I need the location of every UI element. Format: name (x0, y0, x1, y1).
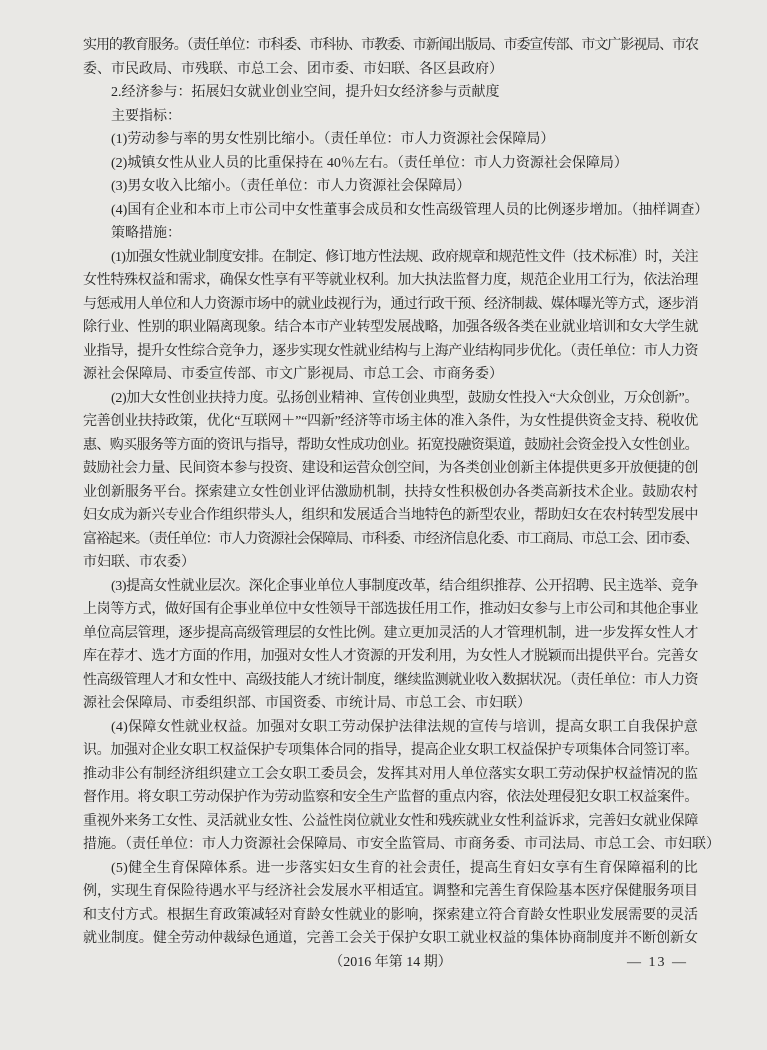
text-line: 妇女成为新兴专业合作组织带头人，组织和发展适合当地特色的新型农业，帮助妇女在农村… (83, 504, 698, 528)
text-line: 推动非公有制经济组织建立工会女职工委员会，发挥其对用人单位落实女职工劳动保护权益… (83, 763, 698, 787)
text-line: 上岗等方式，做好国有企事业单位中女性领导干部选拔任用工作，推动妇女参与上市公司和… (83, 598, 698, 622)
text-line: 识。加强对企业女职工权益保护专项集体合同的指导，提高企业女职工权益保护专项集体合… (83, 739, 698, 763)
text-line: 与惩戒用人单位和人力资源市场中的就业歧视行为，通过行政干预、经济制裁、媒体曝光等… (83, 293, 698, 317)
text-line: (5)健全生育保障体系。进一步落实妇女生育的社会责任，提高生育妇女享有生育保障福… (83, 857, 698, 881)
text-line: 完善创业扶持政策，优化“互联网＋”“四新”经济等市场主体的准入条件，为女性提供资… (83, 410, 698, 434)
text-line: 例，实现生育保险待遇水平与经济社会发展水平相适宜。调整和完善生育保险基本医疗保健… (83, 880, 698, 904)
text-line: 策略措施： (83, 222, 698, 246)
document-page: 实用的教育服务。（责任单位：市科委、市科协、市教委、市新闻出版局、市委宣传部、市… (0, 0, 767, 1050)
text-line: 业创新服务平台。探索建立女性创业评估激励机制，扶持女性积极创办各类高新技术企业。… (83, 481, 698, 505)
text-line: 女性特殊权益和需求，确保女性享有平等就业权利。加大执法监督力度，规范企业用工行为… (83, 269, 698, 293)
text-line: 就业制度。健全劳动仲裁绿色通道，完善工会关于保护女职工就业权益的集体协商制度并不… (83, 927, 698, 951)
text-line: (4)国有企业和本市上市公司中女性董事会成员和女性高级管理人员的比例逐步增加。（… (83, 199, 698, 223)
text-line: 惠、购买服务等方面的资讯与指导，帮助女性成功创业。拓宽投融资渠道，鼓励社会资金投… (83, 434, 698, 458)
page-footer: （2016 年第 14 期） — 13 — (83, 951, 698, 975)
text-line: 鼓励社会力量、民间资本参与投资、建设和运营众创空间，为各类创业创新主体提供更多开… (83, 457, 698, 481)
text-line: 委、市民政局、市残联、市总工会、团市委、市妇联、各区县政府） (83, 58, 698, 82)
issue-label: （2016 年第 14 期） (83, 951, 698, 975)
text-line: 性高级管理人才和女性中、高级技能人才统计制度，继续监测就业收入数据状况。（责任单… (83, 669, 698, 693)
text-line: (2)加大女性创业扶持力度。弘扬创业精神、宣传创业典型，鼓励女性投入“大众创业，… (83, 387, 698, 411)
text-line: 库在荐才、选才方面的作用，加强对女性人才资源的开发利用，为女性人才脱颖而出提供平… (83, 645, 698, 669)
text-line: 富裕起来。（责任单位：市人力资源社会保障局、市科委、市经济信息化委、市工商局、市… (83, 528, 698, 552)
text-line: (1)加强女性就业制度安排。在制定、修订地方性法规、政府规章和规范性文件（技术标… (83, 246, 698, 270)
text-line: (2)城镇女性从业人员的比重保持在 40％左右。（责任单位：市人力资源社会保障局… (83, 152, 698, 176)
text-line: (3)男女收入比缩小。（责任单位：市人力资源社会保障局） (83, 175, 698, 199)
text-line: 单位高层管理，逐步提高高级管理层的女性比例。建立更加灵活的人才管理机制，进一步发… (83, 622, 698, 646)
text-line: 市妇联、市农委） (83, 551, 698, 575)
body-text: 实用的教育服务。（责任单位：市科委、市科协、市教委、市新闻出版局、市委宣传部、市… (83, 34, 698, 951)
page-number: — 13 — (627, 951, 688, 975)
text-line: 督作用。将女职工劳动保护作为劳动监察和安全生产监督的重点内容，依法处理侵犯女职工… (83, 786, 698, 810)
text-line: (4)保障女性就业权益。加强对女职工劳动保护法律法规的宣传与培训，提高女职工自我… (83, 716, 698, 740)
text-line: 实用的教育服务。（责任单位：市科委、市科协、市教委、市新闻出版局、市委宣传部、市… (83, 34, 698, 58)
text-line: 主要指标： (83, 105, 698, 129)
text-line: 除行业、性别的职业隔离现象。结合本市产业转型发展战略，加强各级各类在业就业培训和… (83, 316, 698, 340)
text-line: 源社会保障局、市委宣传部、市文广影视局、市总工会、市商务委） (83, 363, 698, 387)
text-line: 措施。（责任单位：市人力资源社会保障局、市安全监管局、市商务委、市司法局、市总工… (83, 833, 698, 857)
text-line: 业指导，提升女性综合竞争力，逐步实现女性就业结构与上海产业结构同步优化。（责任单… (83, 340, 698, 364)
text-line: 和支付方式。根据生育政策减轻对育龄女性就业的影响，探索建立符合育龄女性职业发展需… (83, 904, 698, 928)
text-line: 源社会保障局、市委组织部、市国资委、市统计局、市总工会、市妇联） (83, 692, 698, 716)
text-line: 2.经济参与：拓展妇女就业创业空间，提升妇女经济参与贡献度 (83, 81, 698, 105)
text-line: 重视外来务工女性、灵活就业女性、公益性岗位就业女性和残疾就业女性利益诉求，完善妇… (83, 810, 698, 834)
text-line: (3)提高女性就业层次。深化企事业单位人事制度改革，结合组织推荐、公开招聘、民主… (83, 575, 698, 599)
text-line: (1)劳动参与率的男女性别比缩小。（责任单位：市人力资源社会保障局） (83, 128, 698, 152)
